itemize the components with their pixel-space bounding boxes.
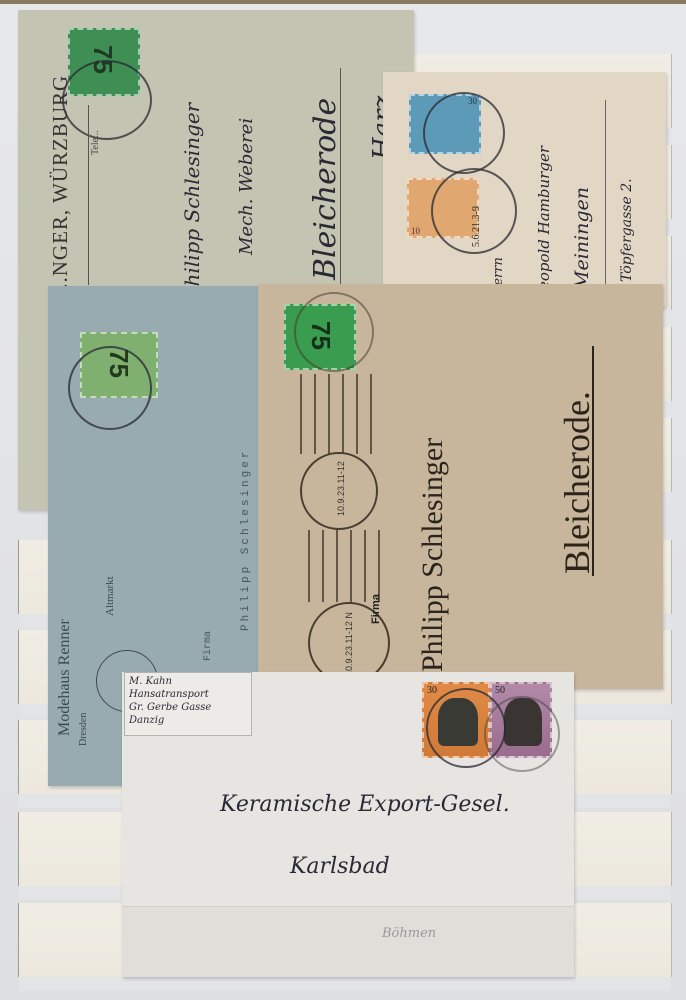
address-line-3: Meiningen (571, 187, 593, 290)
cover-meiningen[interactable]: 30 10 5.6.21.3-9 Herrn Leopold Hamburger… (383, 72, 666, 307)
address-line-1: Philipp Schlesinger (180, 103, 204, 300)
album-top-edge (0, 0, 686, 4)
typed-firm: Firma (203, 631, 214, 661)
machine-cancel-lines (308, 530, 386, 602)
printed-name: Philipp Schlesinger (416, 438, 450, 672)
address-line-3: Böhmen (382, 926, 436, 941)
sender-line: Hansatransport (129, 688, 247, 701)
sender-street: Altmarkt (104, 576, 116, 616)
postmark-wurzburg (62, 60, 152, 140)
address-line-2: Leopold Hamburger (535, 146, 553, 300)
typed-address: Philipp Schlesinger (240, 449, 252, 631)
cover-philipp-schlesinger[interactable]: 75 10.9.23.11-12 10.9.23.11-12 N Firma P… (258, 284, 663, 689)
printed-sender: ...NGER, WÜRZBURG (48, 75, 73, 295)
sender-line: M. Kahn (129, 675, 247, 688)
stamp-value: 30 (427, 685, 437, 696)
city-underline (592, 346, 594, 576)
postmark-grimmenthal-1 (423, 92, 505, 174)
postmark-dresden (68, 346, 152, 430)
postmark-danzig-2 (484, 696, 560, 772)
address-line-4: Töpfergasse 2. (619, 178, 635, 282)
address-line-2: Karlsbad (290, 854, 390, 879)
divider-line (88, 105, 89, 285)
stamp-value: 10 (411, 226, 420, 236)
address-line-3: Bleicherode (308, 98, 343, 280)
postmark-date: 5.6.21.3-9 (471, 206, 482, 247)
underline (605, 100, 606, 295)
stamp-value: 50 (495, 685, 505, 696)
underline (340, 68, 341, 290)
sender-line: Gr. Gerbe Gasse (129, 701, 247, 714)
address-line-1: Keramische Export-Gesel. (220, 792, 510, 817)
printed-tel: Tele... (90, 130, 101, 155)
cancel-date-2: 10.9.23.11-12 N (344, 612, 354, 676)
postmark-top (294, 292, 374, 372)
envelope-flap (122, 906, 574, 977)
sender-city: Dresden (78, 713, 89, 746)
cancel-date-1: 10.9.23.11-12 (336, 461, 346, 516)
sender-line: Danzig (129, 714, 247, 727)
sender-label: M. Kahn Hansatransport Gr. Gerbe Gasse D… (124, 672, 252, 736)
sender-name: Modehaus Renner (56, 619, 74, 736)
machine-cancel-lines (300, 374, 378, 454)
printed-firm: Firma (370, 594, 382, 624)
address-line-2: Mech. Weberei (236, 118, 257, 255)
